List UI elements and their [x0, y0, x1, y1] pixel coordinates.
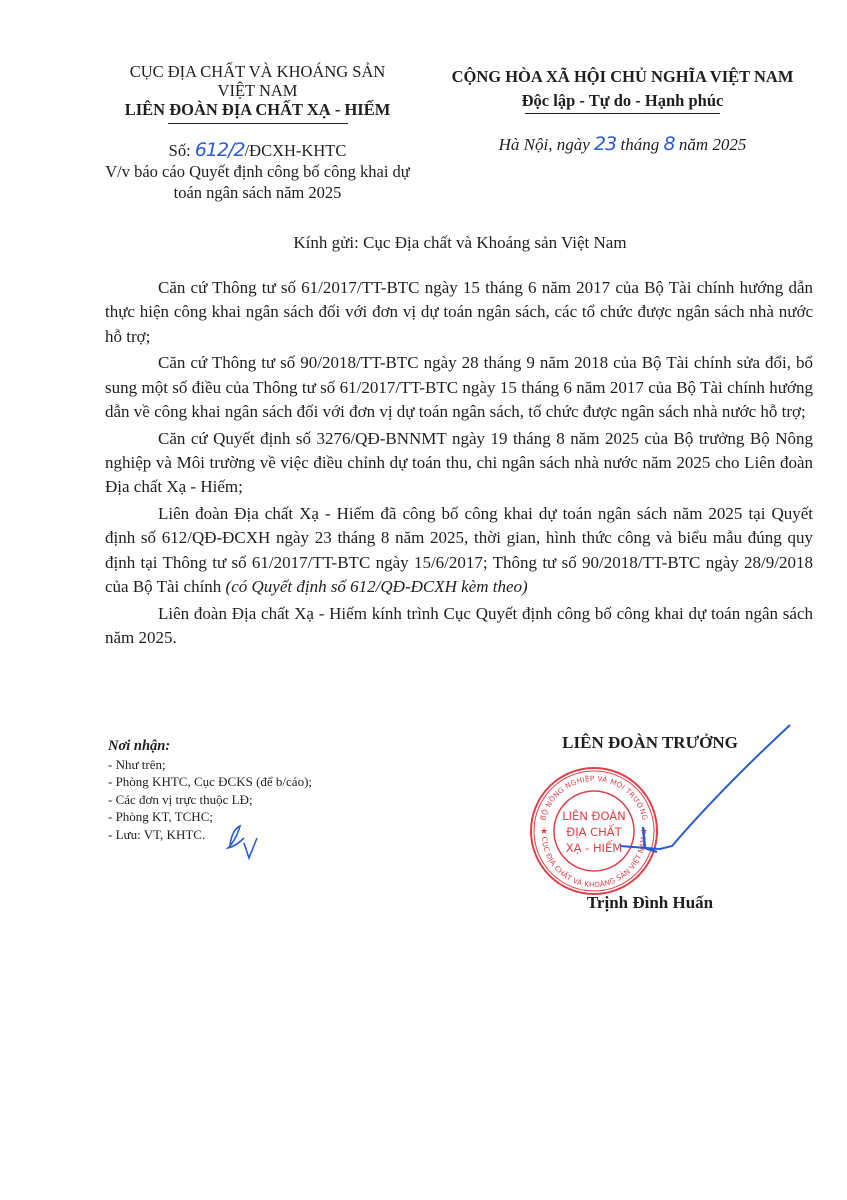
date-year: năm 2025	[679, 135, 747, 154]
signer-name: Trịnh Đình Huấn	[500, 893, 800, 913]
distribution-item: - Lưu: VT, KHTC.	[108, 826, 428, 844]
country-name: CỘNG HÒA XÃ HỘI CHỦ NGHĨA VIỆT NAM	[425, 65, 820, 89]
issuing-agency-block: CỤC ĐỊA CHẤT VÀ KHOÁNG SẢN VIỆT NAM LIÊN…	[100, 62, 415, 124]
svg-text:★: ★	[540, 827, 548, 837]
org-underline	[168, 123, 348, 124]
distribution-item: - Phòng KT, TCHC;	[108, 808, 428, 826]
national-heading-block: CỘNG HÒA XÃ HỘI CHỦ NGHĨA VIỆT NAM Độc l…	[425, 65, 820, 114]
agency-line-1: CỤC ĐỊA CHẤT VÀ KHOÁNG SẢN	[100, 62, 415, 81]
doc-number-suffix: /ĐCXH-KHTC	[245, 141, 347, 160]
document-number-block: Số: 612/2/ĐCXH-KHTC V/v báo cáo Quyết đị…	[100, 140, 415, 203]
subject-line-2: toán ngân sách năm 2025	[100, 182, 415, 203]
body-paragraph: Liên đoàn Địa chất Xạ - Hiếm kính trình …	[105, 602, 813, 651]
national-motto: Độc lập - Tự do - Hạnh phúc	[425, 89, 820, 113]
subject-line-1: V/v báo cáo Quyết định công bố công khai…	[100, 161, 415, 182]
distribution-item: - Phòng KHTC, Cục ĐCKS (để b/cáo);	[108, 773, 428, 791]
svg-text:★: ★	[640, 827, 648, 837]
svg-text:XẠ - HIẾM: XẠ - HIẾM	[566, 839, 622, 855]
distribution-item: - Các đơn vị trực thuộc LĐ;	[108, 791, 428, 809]
distribution-title: Nơi nhận:	[108, 738, 428, 756]
motto-underline	[525, 113, 720, 114]
date-prefix: Hà Nội, ngày	[499, 135, 590, 154]
body-paragraph: Căn cứ Quyết định số 3276/QĐ-BNNMT ngày …	[105, 427, 813, 500]
recipient-line: Kính gửi: Cục Địa chất và Khoáng sản Việ…	[100, 233, 820, 253]
attachment-note: (có Quyết định số 612/QĐ-ĐCXH kèm theo)	[226, 577, 528, 596]
distribution-item: - Như trên;	[108, 756, 428, 774]
body-paragraph: Căn cứ Thông tư số 90/2018/TT-BTC ngày 2…	[105, 351, 813, 424]
agency-line-2: VIỆT NAM	[100, 81, 415, 100]
document-number: Số: 612/2/ĐCXH-KHTC	[100, 140, 415, 161]
place-date: Hà Nội, ngày 23 tháng 8 năm 2025	[425, 133, 820, 155]
date-month: 8	[663, 133, 674, 155]
body-paragraph: Căn cứ Thông tư số 61/2017/TT-BTC ngày 1…	[105, 276, 813, 349]
svg-text:LIÊN ĐOÀN: LIÊN ĐOÀN	[562, 808, 626, 823]
doc-number-handwritten: 612/2	[195, 139, 245, 161]
distribution-list: Nơi nhận: - Như trên; - Phòng KHTC, Cục …	[108, 738, 428, 844]
signer-title: LIÊN ĐOÀN TRƯỞNG	[500, 733, 800, 753]
date-month-label: tháng	[620, 135, 659, 154]
date-day: 23	[594, 133, 616, 155]
doc-number-prefix: Số:	[169, 141, 191, 160]
letter-body: Căn cứ Thông tư số 61/2017/TT-BTC ngày 1…	[105, 276, 813, 653]
svg-text:ĐỊA CHẤT: ĐỊA CHẤT	[566, 823, 622, 839]
official-stamp-icon: BỘ NÔNG NGHIỆP VÀ MÔI TRƯỜNG CỤC ĐỊA CHẤ…	[528, 765, 660, 897]
org-name: LIÊN ĐOÀN ĐỊA CHẤT XẠ - HIẾM	[100, 100, 415, 119]
body-paragraph: Liên đoàn Địa chất Xạ - Hiếm đã công bố …	[105, 502, 813, 599]
